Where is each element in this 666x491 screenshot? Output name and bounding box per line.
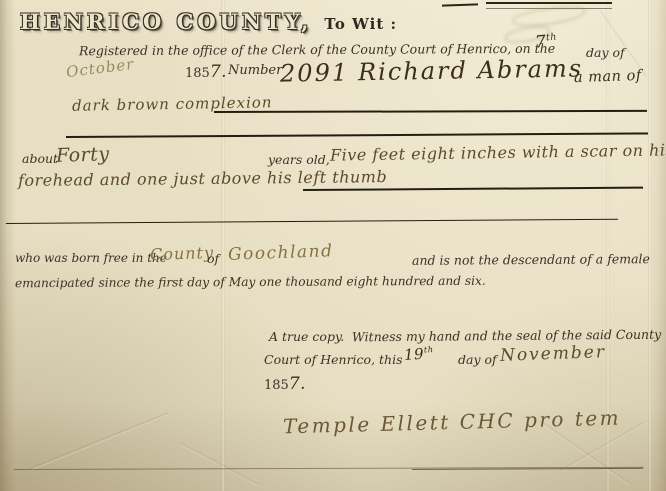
years-old-label: years old, (268, 152, 330, 167)
complexion-blank-rule (214, 110, 647, 113)
clerk-signature: Temple Ellett CHC pro tem (283, 406, 622, 439)
registration-year-printed: 185 (185, 66, 210, 81)
attestation-day-number: 19 (403, 345, 424, 364)
paper-edge-crease (648, 0, 652, 491)
attestation-year-printed: 185 (264, 378, 289, 393)
day-of-label-1: day of (586, 45, 625, 60)
registration-number-and-name: 2091Richard Abrams (280, 54, 583, 87)
age-entry: Forty (56, 143, 110, 167)
emancipated-clause: emancipated since the first day of May o… (15, 274, 486, 290)
born-free-clause: who was born free in the (15, 251, 167, 265)
attestation-day-entry: 19th (403, 344, 434, 364)
of-label: of (207, 251, 219, 266)
stature-entry-line1: Five feet eight inches with a scar on hi… (330, 140, 666, 164)
registrant-descriptor: a man of (574, 68, 642, 86)
birth-place-entry: Goochland (228, 241, 334, 265)
attestation-day-suffix: th (423, 344, 433, 355)
attestation-year-digit: 7. (289, 374, 306, 394)
section-rule-1 (66, 132, 648, 138)
about-label: about (22, 151, 58, 166)
document-scan: HENRICO COUNTY,To Wit : Registered in th… (0, 0, 666, 491)
attestation-year: 1857. (264, 374, 306, 394)
fold-crease-bottom-left (29, 412, 169, 471)
registration-number-value: 2091 (280, 58, 350, 87)
registration-day-suffix: th (546, 32, 558, 44)
top-edge-double-line (486, 2, 612, 9)
registration-year-digit: 7. (210, 62, 227, 82)
number-label: Number (228, 63, 282, 78)
court-clause: Court of Henrico, this (264, 352, 403, 367)
stature-blank-rule (303, 187, 643, 191)
to-wit-label: To Wit : (324, 15, 397, 33)
true-copy-label: A true copy. (269, 329, 344, 344)
day-of-label-2: day of (458, 352, 497, 367)
document-header: HENRICO COUNTY,To Wit : (20, 9, 397, 34)
attestation-month-entry: November (500, 342, 607, 366)
top-edge-line-fragment (442, 3, 478, 6)
registration-day-entry: 7th (534, 31, 557, 52)
section-rule-2 (6, 219, 618, 224)
birth-county-word: County (150, 243, 215, 264)
county-title: HENRICO COUNTY, (20, 9, 312, 34)
fold-crease-bottom-mid (179, 442, 260, 487)
registrant-name: Richard Abrams (358, 54, 583, 86)
witness-clause: Witness my hand and the seal of the said… (352, 327, 661, 345)
stature-entry-line2: forehead and one just above his left thu… (18, 167, 387, 190)
registration-year: 1857. (185, 62, 227, 82)
registration-month-entry: October (65, 55, 135, 81)
bottom-rule-dark-segment (412, 468, 643, 470)
not-descendant-clause: and is not the descendant of a female (412, 251, 650, 268)
